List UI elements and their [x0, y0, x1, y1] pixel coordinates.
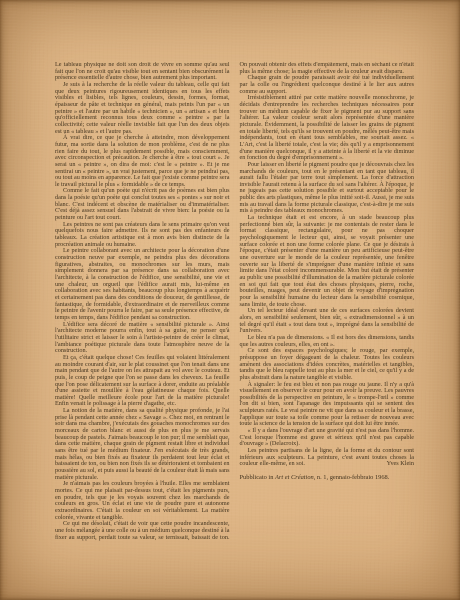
paragraph: La technique était et est encore, à un s… — [240, 215, 415, 308]
paragraph: Chaque grain de poudre paraissait avoir … — [240, 75, 415, 95]
paragraph: Comme le fait qu'un poète qui n'écrit pa… — [55, 188, 230, 221]
credit-suffix: , n. 1, gennaio-febbraio 1968. — [314, 474, 390, 481]
paragraph: La notion de la matière, dans sa qualité… — [55, 408, 230, 481]
publication-credit: Pubblicato in Art et Création, n. 1, gen… — [240, 475, 415, 482]
paragraph: Et ça, c'était quelque chose! Ces feuill… — [55, 355, 230, 408]
paragraph: À vrai dire, ce que je cherche à atteind… — [55, 135, 230, 188]
paragraph: Le peintre collaborant avec un architect… — [55, 248, 230, 321]
paragraph: À signaler: le feu est bleu et non pas r… — [240, 382, 415, 429]
paragraph: Le tableau physique ne doit son droit de… — [55, 62, 230, 82]
article-body: Le tableau physique ne doit son droit de… — [55, 62, 414, 554]
journal-title: Art et Création — [275, 474, 314, 481]
credit-prefix: Pubblicato in — [240, 474, 276, 481]
paragraph: Le bleu n'a pas de dimensions. « Il est … — [240, 335, 415, 348]
text-block: Le tableau physique ne doit son droit de… — [55, 62, 414, 554]
paragraph: Pour laisser en liberté le pigment poudr… — [240, 162, 415, 215]
paragraph: Irrésistiblement attiré par cette matièr… — [240, 95, 415, 162]
paragraph: Un tel lecteur idéal devant une de ces s… — [240, 308, 415, 335]
paragraph: Ce sont des espaces psychologiques; le r… — [240, 348, 415, 381]
paragraph: « Il y a dans l'ouvrage d'art une gravit… — [240, 428, 415, 448]
paragraph: L'édifice sera décoré de matière « sensi… — [55, 322, 230, 355]
paragraph: Les peintres ne sont pas créateurs dans … — [55, 222, 230, 249]
paragraph: Je n'aimais pas les couleurs broyées à l… — [55, 481, 230, 521]
scanned-page: Le tableau physique ne doit son droit de… — [0, 0, 460, 600]
paragraph: Je suis à la recherche de la réelle vale… — [55, 82, 230, 135]
